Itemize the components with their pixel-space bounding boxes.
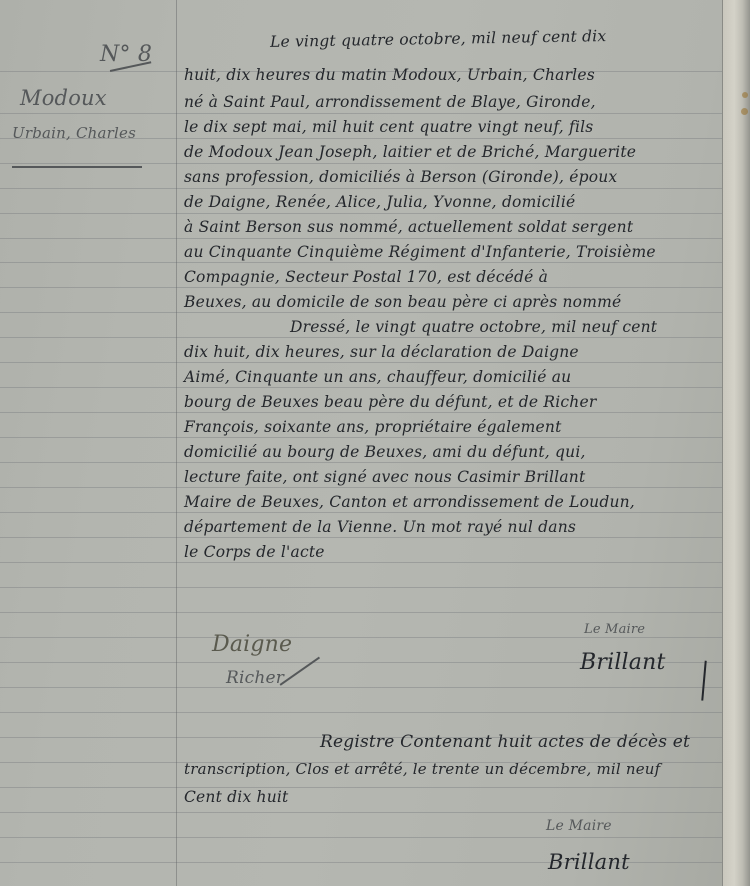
closing-line: Cent dix huit (184, 788, 288, 806)
closing-line: Registre Contenant huit actes de décès e… (320, 732, 690, 752)
register-page: N° 8 Modoux Urbain, Charles Le vingt qua… (0, 0, 750, 886)
margin-line (176, 0, 177, 886)
body-line: domicilié au bourg de Beuxes, ami du déf… (184, 443, 586, 461)
closing-line: transcription, Clos et arrêté, le trente… (184, 760, 660, 778)
margin-underline (12, 166, 142, 168)
binding-gutter (722, 0, 750, 886)
body-line: lecture faite, ont signé avec nous Casim… (184, 468, 585, 486)
body-line: François, soixante ans, propriétaire éga… (184, 418, 562, 436)
margin-given-names: Urbain, Charles (12, 124, 136, 142)
body-line: sans profession, domiciliés à Berson (Gi… (184, 168, 617, 186)
body-line: de Modoux Jean Joseph, laitier et de Bri… (184, 143, 636, 161)
paper-stain (742, 92, 748, 98)
body-line: Maire de Beuxes, Canton et arrondissemen… (184, 493, 635, 511)
body-line: Le vingt quatre octobre, mil neuf cent d… (270, 27, 607, 51)
body-line: Beuxes, au domicile de son beau père ci … (184, 293, 621, 311)
body-line: huit, dix heures du matin Modoux, Urbain… (184, 66, 595, 84)
body-line: le dix sept mai, mil huit cent quatre vi… (184, 118, 593, 136)
body-line: de Daigne, Renée, Alice, Julia, Yvonne, … (184, 193, 575, 211)
witness-signature-richer: Richer (226, 668, 284, 688)
closing-mayor-title: Le Maire (546, 818, 612, 834)
body-line: né à Saint Paul, arrondissement de Blaye… (184, 93, 596, 111)
body-line: bourg de Beuxes beau père du défunt, et … (184, 393, 596, 411)
richer-flourish (280, 657, 320, 686)
mayor-title: Le Maire (584, 622, 645, 637)
body-line: Aimé, Cinquante un ans, chauffeur, domic… (184, 368, 571, 386)
mayor-signature-flourish (702, 661, 707, 701)
body-line: au Cinquante Cinquième Régiment d'Infant… (184, 243, 656, 261)
margin-surname: Modoux (20, 86, 107, 110)
body-line: Compagnie, Secteur Postal 170, est décéd… (184, 268, 548, 286)
paper-stain (741, 108, 748, 115)
body-line: dix huit, dix heures, sur la déclaration… (184, 343, 579, 361)
mayor-signature: Brillant (580, 650, 666, 675)
closing-mayor-signature: Brillant (548, 850, 630, 874)
body-line: le Corps de l'acte (184, 543, 325, 561)
body-line: à Saint Berson sus nommé, actuellement s… (184, 218, 633, 236)
body-line: Dressé, le vingt quatre octobre, mil neu… (290, 318, 657, 336)
witness-signature-daigne: Daigne (212, 632, 292, 657)
body-line: département de la Vienne. Un mot rayé nu… (184, 518, 576, 536)
